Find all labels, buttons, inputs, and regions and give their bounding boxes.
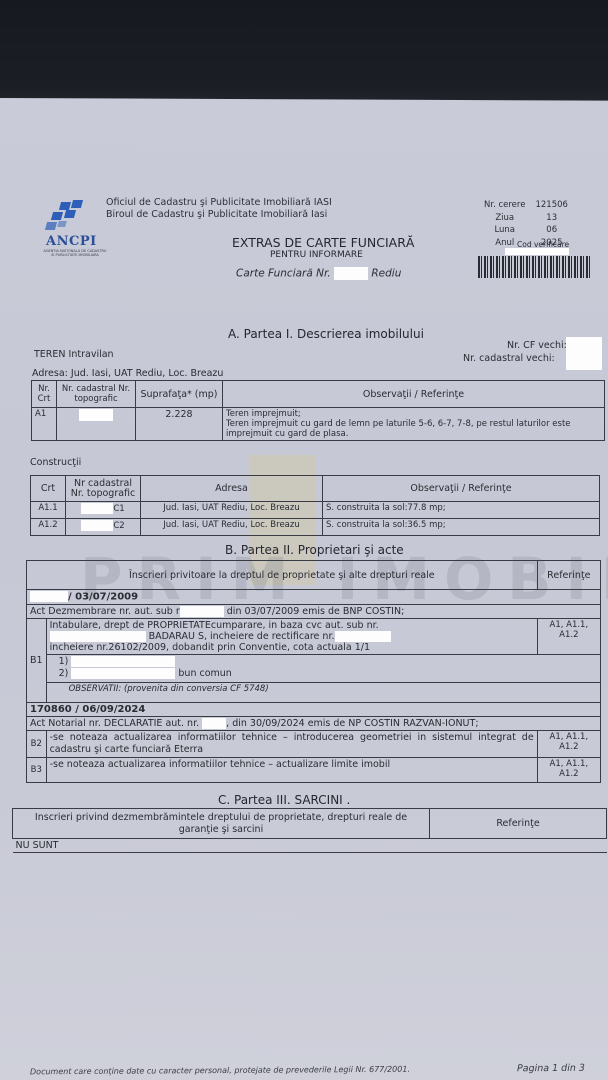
property-address: Adresa: Jud. Iasi, UAT Rediu, Loc. Breaz…	[32, 368, 223, 379]
part-b-title: B. Partea II. Proprietari şi acte	[225, 543, 404, 557]
teren-type: TEREN Intravilan	[34, 349, 114, 360]
redacted-block	[79, 409, 113, 421]
table-row: A1.1 C1 Jud. Iasi, UAT Rediu, Loc. Breaz…	[31, 502, 600, 519]
document-subtitle: PENTRU INFORMARE	[270, 250, 363, 260]
table-row: B3 -se noteaza actualizarea informatiilo…	[27, 757, 601, 782]
redacted-old-numbers	[566, 337, 602, 370]
part-b-table: Înscrieri privitoare la dreptul de propr…	[26, 560, 601, 783]
part-c-title: C. Partea III. SARCINI .	[218, 793, 350, 807]
dark-background	[0, 0, 608, 105]
cadastral-vechi-label: Nr. cadastral vechi:	[463, 353, 555, 364]
table-row: A1 2.228 Teren imprejmuit; Teren imprejm…	[32, 408, 605, 441]
table-row: A1.2 C2 Jud. Iasi, UAT Rediu, Loc. Breaz…	[31, 519, 600, 536]
document-title: EXTRAS DE CARTE FUNCIARĂ	[232, 235, 414, 250]
cf-vechi-label: Nr. CF vechi:	[507, 340, 567, 351]
table-row: B2 -se noteaza actualizarea informatiilo…	[27, 730, 601, 757]
barcode	[478, 256, 592, 278]
page-number: Pagina 1 din 3	[517, 1063, 585, 1075]
table-row: B1 Intabulare, drept de PROPRIETATEcumpa…	[27, 618, 601, 654]
cf-number-line: Carte Funciară Nr. Rediu	[236, 267, 401, 280]
ancpi-logo: ANCPI AGENTIA NATIONALA DE CADASTRU SI P…	[38, 198, 108, 264]
redacted-block	[334, 267, 368, 280]
constructii-title: Construcţii	[30, 457, 81, 468]
part-a-title: A. Partea I. Descrierea imobilului	[228, 327, 424, 341]
redacted-verification-code	[505, 248, 569, 255]
office-name: Oficiul de Cadastru şi Publicitate Imobi…	[106, 197, 332, 220]
part-c-table: Inscrieri privind dezmembrămintele drept…	[12, 808, 607, 853]
constructii-table: Crt Nr cadastral Nr. topografic Adresa O…	[30, 475, 600, 536]
part-a-table: Nr. Crt Nr. cadastral Nr. topografic Sup…	[31, 380, 605, 441]
